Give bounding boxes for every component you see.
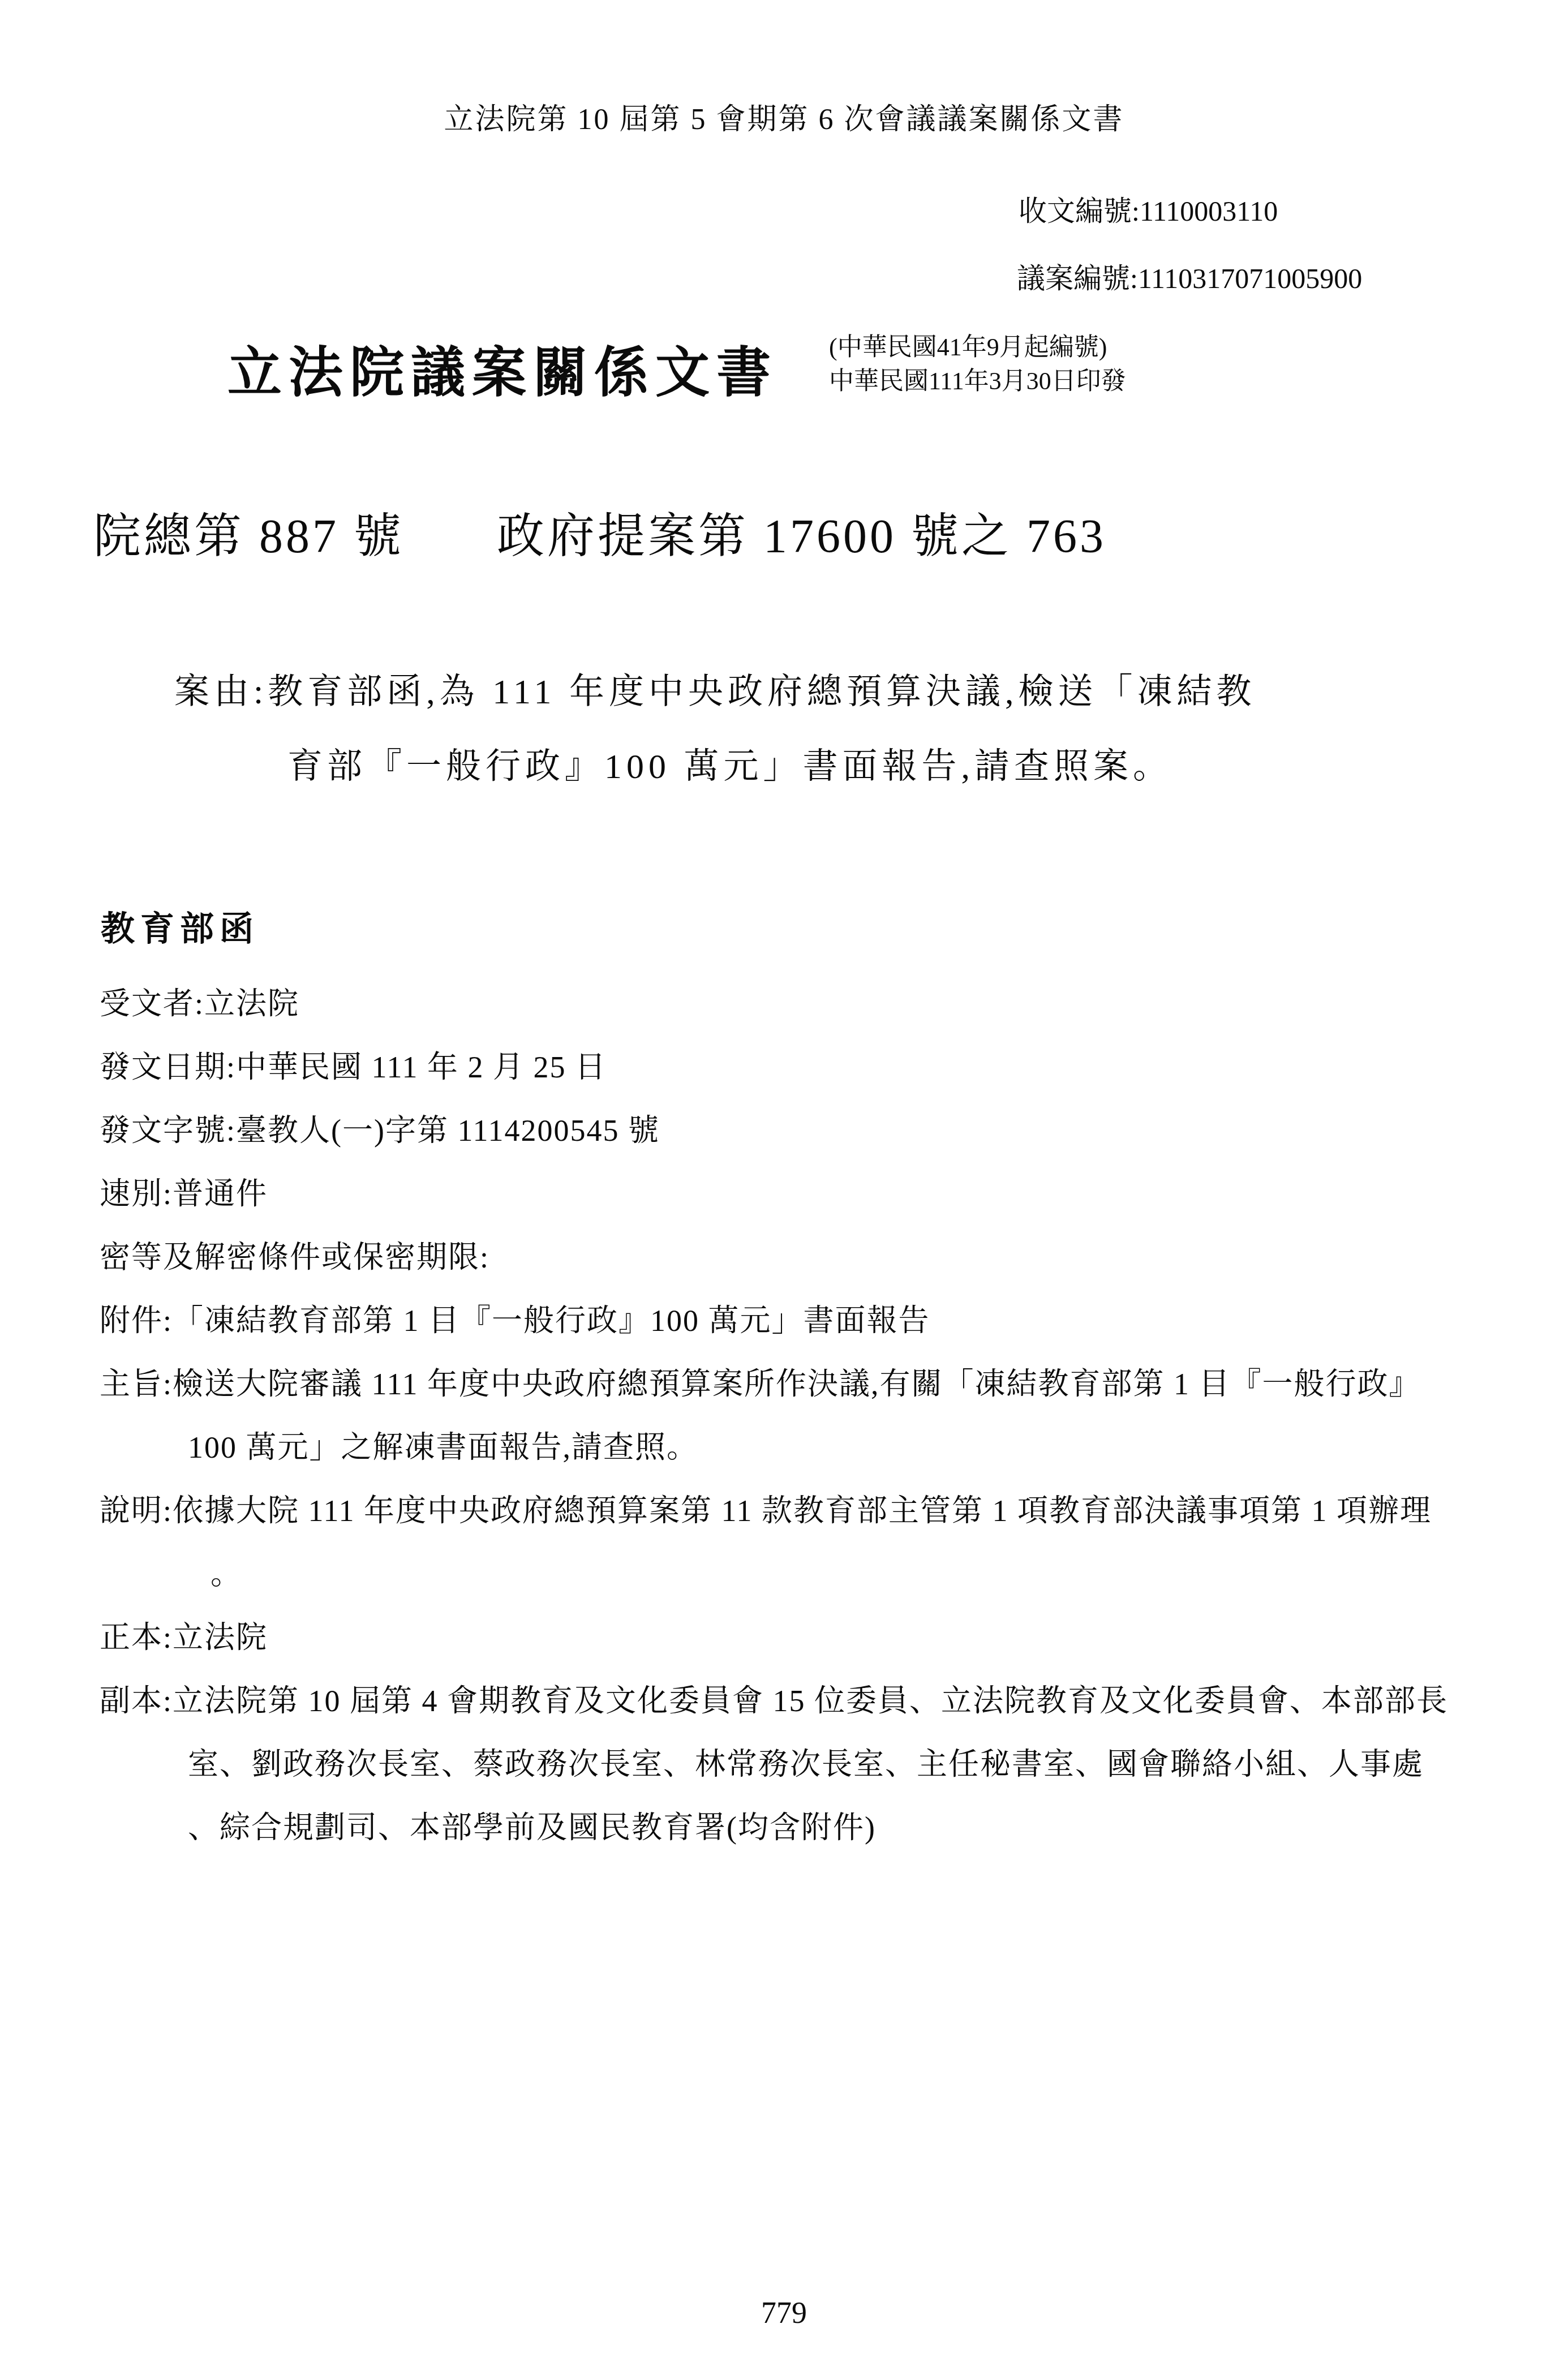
receipt-number: 收文編號:1110003110: [1019, 188, 1278, 229]
letter-line-classification: 密等及解密條件或保密期限:: [100, 1226, 1548, 1289]
document-title: 立法院議案關係文書: [227, 329, 777, 407]
page-number: 779: [0, 2295, 1568, 2330]
letter-line-explanation-1: 說明:依據大院 111 年度中央政府總預算案第 11 款教育部主管第 1 項教育…: [100, 1479, 1548, 1543]
title-note-line1: (中華民國41年9月起編號): [829, 330, 1126, 364]
case-number-label: 議案編號:: [1017, 263, 1138, 294]
letter-line-cc-1: 副本:立法院第 10 屆第 4 會期教育及文化委員會 15 位委員、立法院教育及…: [100, 1669, 1548, 1733]
receipt-number-label: 收文編號:: [1019, 195, 1140, 227]
case-summary-line1: 案由:教育部函,為 111 年度中央政府總預算決議,檢送「凍結教: [174, 663, 1256, 714]
letter-line-attachment: 附件:「凍結教育部第 1 目『一般行政』100 萬元」書面報告: [100, 1289, 1548, 1352]
letter-body: 受文者:立法院 發文日期:中華民國 111 年 2 月 25 日 發文字號:臺教…: [100, 972, 1548, 1859]
case-number: 議案編號:1110317071005900: [1017, 256, 1362, 297]
title-note: (中華民國41年9月起編號) 中華民國111年3月30日印發: [829, 330, 1126, 398]
receipt-number-value: 1110003110: [1140, 195, 1278, 227]
letter-line-priority: 速別:普通件: [100, 1162, 1548, 1226]
letter-line-original-copy: 正本:立法院: [100, 1606, 1548, 1669]
letter-line-recipient: 受文者:立法院: [100, 972, 1548, 1036]
letter-line-ref-number: 發文字號:臺教人(一)字第 1114200545 號: [100, 1099, 1548, 1162]
letter-line-explanation-2: 。: [100, 1543, 1548, 1606]
title-note-line2: 中華民國111年3月30日印發: [829, 364, 1126, 398]
session-header: 立法院第 10 屆第 5 會期第 6 次會議議案關係文書: [0, 95, 1568, 138]
document-page: 立法院第 10 屆第 5 會期第 6 次會議議案關係文書 收文編號:111000…: [0, 0, 1568, 2367]
letter-line-cc-3: 、綜合規劃司、本部學前及國民教育署(均含附件): [100, 1796, 1548, 1859]
letter-line-date: 發文日期:中華民國 111 年 2 月 25 日: [100, 1036, 1548, 1099]
letter-line-cc-2: 室、劉政務次長室、蔡政務次長室、林常務次長室、主任秘書室、國會聯絡小組、人事處: [100, 1733, 1548, 1796]
letter-line-subject-1: 主旨:檢送大院審議 111 年度中央政府總預算案所作決議,有關「凍結教育部第 1…: [100, 1352, 1548, 1416]
case-summary-line2: 育部『一般行政』100 萬元」書面報告,請查照案。: [287, 738, 1172, 788]
case-number-value: 1110317071005900: [1138, 263, 1362, 294]
yuan-docket-number: 院總第 887 號: [93, 498, 404, 566]
government-proposal-number: 政府提案第 17600 號之 763: [497, 498, 1106, 566]
letter-heading: 教育部函: [101, 902, 259, 951]
letter-line-subject-2: 100 萬元」之解凍書面報告,請查照。: [100, 1416, 1548, 1479]
